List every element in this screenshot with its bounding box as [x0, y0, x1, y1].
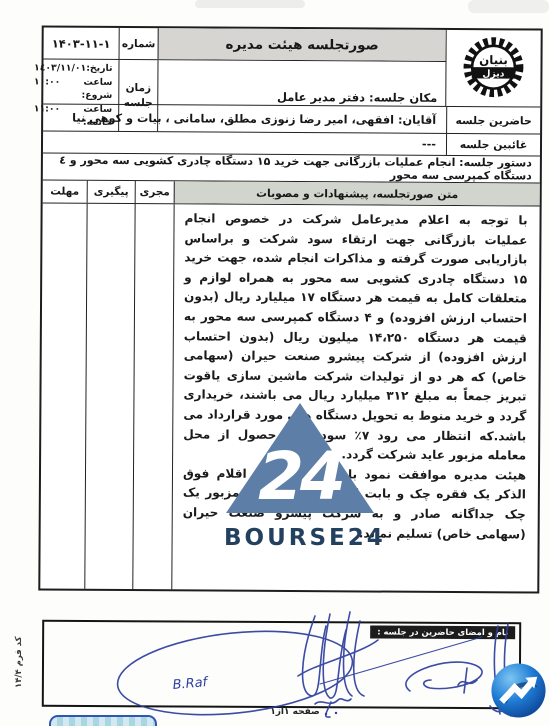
- bonyan-diesel-gear-logo: بنیان دیزل BONYAN-DIESEL: [460, 35, 526, 101]
- scan-artifact: [195, 0, 305, 8]
- minutes-header-row: متن صورتجلسه، پیشنهادات و مصوبات مجری پی…: [43, 180, 540, 206]
- executor-header: مجری: [135, 181, 174, 203]
- minutes-paragraph-2: هیئت مدیره موافقت نمود بابت ثمن معامله ا…: [183, 464, 526, 544]
- scan-artifact: [468, 0, 549, 13]
- agenda-row: دستور جلسه: انجام عملیات بازرگانی جهت خر…: [43, 153, 540, 183]
- logo-text-fa-bottom: دیزل: [482, 68, 504, 79]
- minutes-body-row: با توجه به اعلام مدیرعامل شرکت در خصوص ا…: [40, 203, 539, 591]
- document-title: صورتجلسه هیئت مدیره: [158, 28, 446, 61]
- followup-header: پیگیری: [87, 181, 135, 203]
- form-code-vertical: کد فرم ۱۴/۴: [14, 636, 24, 710]
- executor-empty-cell: [132, 204, 173, 589]
- minutes-header: متن صورتجلسه، پیشنهادات و مصوبات: [174, 181, 540, 205]
- signature-box: نام و امضای حاضرین در جلسه :: [42, 620, 521, 710]
- absentees-value: ---: [43, 131, 446, 154]
- followup-empty-cell: [84, 204, 134, 589]
- signature-box-label: نام و امضای حاضرین در جلسه :: [370, 625, 515, 639]
- meeting-minutes-table: بنیان دیزل BONYAN-DIESEL صورتجلسه هیئت م…: [38, 25, 542, 593]
- attendees-value: آقایان: افقهی، امیر رضا زنوزی مطلق، ساما…: [43, 104, 446, 132]
- page-indicator: صفحه ۱از۱: [240, 707, 350, 717]
- attendees-row: حاضرین جلسه آقایان: افقهی، امیر رضا زنوز…: [43, 104, 540, 134]
- company-logo-cell: بنیان دیزل BONYAN-DIESEL: [445, 30, 540, 107]
- meeting-date-line: تاریخ:١٤٠٣/١١/٠١: [34, 61, 113, 74]
- number-label: شماره: [119, 28, 158, 59]
- scanned-document-page: بنیان دیزل BONYAN-DIESEL صورتجلسه هیئت م…: [0, 0, 549, 726]
- bottom-pill-button[interactable]: [49, 715, 157, 726]
- meeting-start-line: ساعت شروع:١٠:٠٠: [34, 75, 113, 101]
- absentees-row: غائبین جلسه ---: [43, 131, 540, 156]
- number-value: ۱۴۰۳-۱۱-۱: [44, 27, 119, 58]
- table-header-block: بنیان دیزل BONYAN-DIESEL صورتجلسه هیئت م…: [43, 27, 540, 107]
- minutes-text-cell: با توجه به اعلام مدیرعامل شرکت در خصوص ا…: [171, 204, 539, 591]
- attendees-label: حاضرین جلسه: [446, 107, 540, 134]
- deadline-empty-cell: [40, 203, 86, 588]
- minutes-paragraph-1: با توجه به اعلام مدیرعامل شرکت در خصوص ا…: [183, 209, 528, 466]
- logo-text-fa-top: بنیان: [479, 53, 508, 67]
- deadline-header: مهلت: [43, 180, 87, 202]
- bourse24-circle-icon: [489, 661, 548, 720]
- absentees-label: غائبین جلسه: [446, 134, 540, 156]
